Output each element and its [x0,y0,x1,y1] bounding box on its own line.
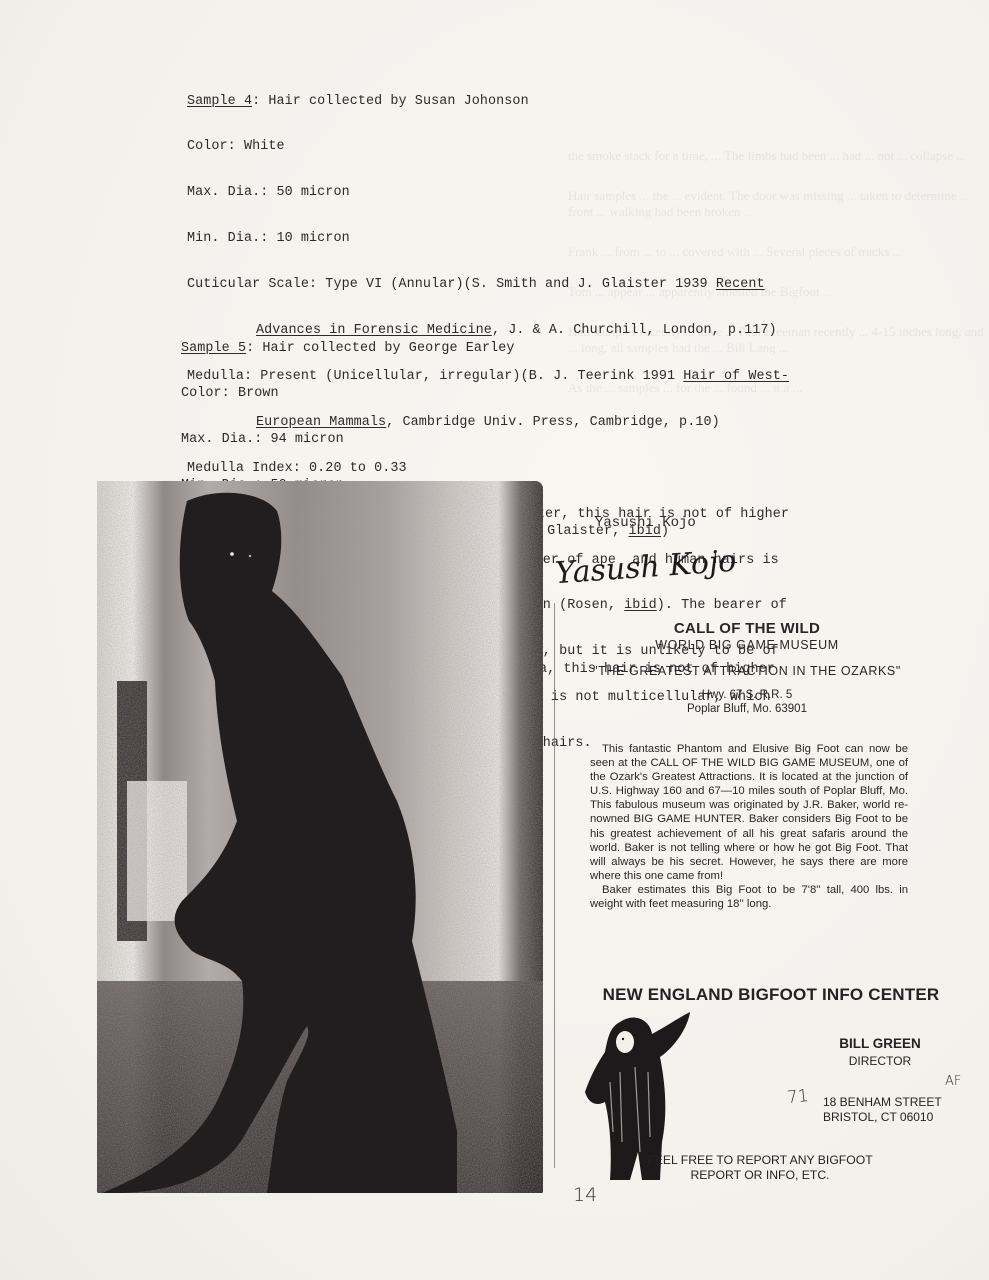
sample-label: Sample 5 [181,341,246,356]
street-address: 18 BENHAM STREET [823,1095,942,1109]
reference-title: Recent [716,277,765,292]
handwritten-margin-note: AF [945,1075,961,1089]
sample-title: : Hair collected by George Earley [246,341,514,356]
director-name: BILL GREEN [820,1036,940,1051]
document-page: the smoke stack for a time, ... The limb… [0,0,989,1280]
director-role: DIRECTOR [820,1054,940,1068]
ad-address: Hwy. 67 S. R.R. 5 Poplar Bluff, Mo. 6390… [572,688,922,716]
ad-body: This fantastic Phantom and Elusive Big F… [590,742,908,911]
handwritten-address-correction: 71 [786,1086,810,1108]
ad-paragraph: Baker estimates this Big Foot to be 7'8'… [590,883,908,911]
sample-color: Color: Brown [181,386,775,401]
info-center-title: NEW ENGLAND BIGFOOT INFO CENTER [581,985,961,1005]
ad-subtitle: WORLD BIG GAME MUSEUM [572,638,922,652]
sample-color: Color: White [187,139,789,154]
address-line: Hwy. 67 S. R.R. 5 [572,688,922,702]
sample-title: : Hair collected by Susan Johonson [252,94,529,109]
address-line: Poplar Bluff, Mo. 63901 [572,702,922,716]
bigfoot-silhouette-photo [97,481,543,1193]
ad-paragraph: This fantastic Phantom and Elusive Big F… [590,742,908,883]
city-address: BRISTOL, CT 06010 [823,1110,933,1124]
sample-max-dia: Max. Dia.: 50 micron [187,185,789,200]
sample-max-dia: Max. Dia.: 94 micron [181,432,775,447]
report-line: FEEL FREE TO REPORT ANY BIGFOOT [640,1153,880,1168]
photo-illustration [97,481,543,1193]
text: Cuticular Scale: Type VI (Annular)(S. Sm… [187,277,716,292]
sample-min-dia: Min. Dia.: 10 micron [187,231,789,246]
sample-5-heading: Sample 5: Hair collected by George Earle… [181,341,775,356]
sample-cuticular: Cuticular Scale: Type VI (Annular)(S. Sm… [187,277,789,292]
handwritten-page-number: 14 [573,1184,597,1206]
ad-title: CALL OF THE WILD [572,620,922,637]
report-line: REPORT OR INFO, ETC. [640,1168,880,1183]
sample-label: Sample 4 [187,94,252,109]
sample-4-heading: Sample 4: Hair collected by Susan Johons… [187,94,789,109]
report-prompt: FEEL FREE TO REPORT ANY BIGFOOT REPORT O… [640,1153,880,1183]
typed-name: Yasushi Kojo [595,515,696,531]
ad-slogan: "THE GREATEST ATTRACTION IN THE OZARKS" [572,664,922,678]
column-divider [554,603,555,1168]
